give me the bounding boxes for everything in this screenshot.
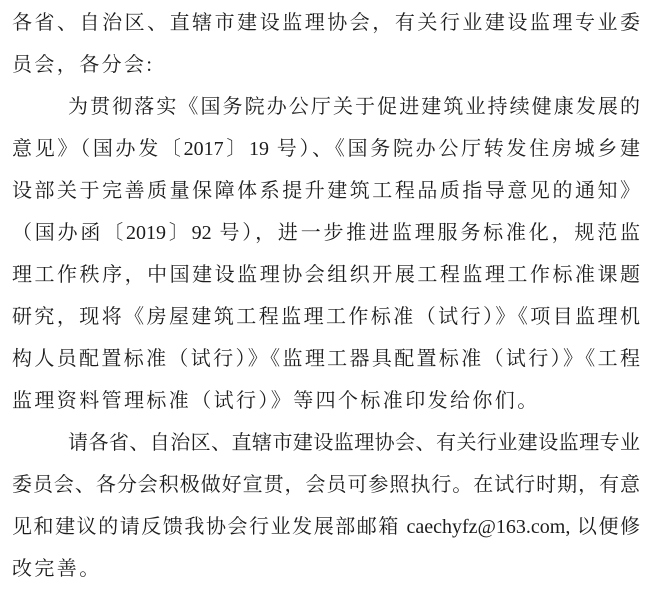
text-line: 改完善。 bbox=[12, 548, 640, 590]
text-line: 监理资料管理标准（试行）》等四个标准印发给你们。 bbox=[12, 380, 640, 422]
text-line: 各省、自治区、直辖市建设监理协会，有关行业建设监理专业委 bbox=[12, 2, 640, 44]
text-line: 理工作秩序，中国建设监理协会组织开展工程监理工作标准课题 bbox=[12, 254, 640, 296]
text-line: （国办函〔2019〕92 号），进一步推进监理服务标准化，规范监 bbox=[12, 212, 640, 254]
text-line: 意见》（国办发〔2017〕19 号）、《国务院办公厅转发住房城乡建 bbox=[12, 128, 640, 170]
text-line: 研究，现将《房屋建筑工程监理工作标准（试行）》《项目监理机 bbox=[12, 296, 640, 338]
notice-document: 各省、自治区、直辖市建设监理协会，有关行业建设监理专业委员会，各分会:为贯彻落实… bbox=[0, 0, 646, 596]
text-line: 见和建议的请反馈我协会行业发展部邮箱 caechyfz@163.com, 以便修 bbox=[12, 506, 640, 548]
text-line: 为贯彻落实《国务院办公厅关于促进建筑业持续健康发展的 bbox=[12, 86, 640, 128]
text-line: 员会，各分会: bbox=[12, 44, 640, 86]
text-line: 设部关于完善质量保障体系提升建筑工程品质指导意见的通知》 bbox=[12, 170, 640, 212]
text-line: 请各省、自治区、直辖市建设监理协会、有关行业建设监理专业 bbox=[12, 422, 640, 464]
document-body: 各省、自治区、直辖市建设监理协会，有关行业建设监理专业委员会，各分会:为贯彻落实… bbox=[12, 2, 640, 590]
text-line: 构人员配置标准（试行）》《监理工器具配置标准（试行）》《工程 bbox=[12, 338, 640, 380]
text-line: 委员会、各分会积极做好宣贯，会员可参照执行。在试行时期，有意 bbox=[12, 464, 640, 506]
